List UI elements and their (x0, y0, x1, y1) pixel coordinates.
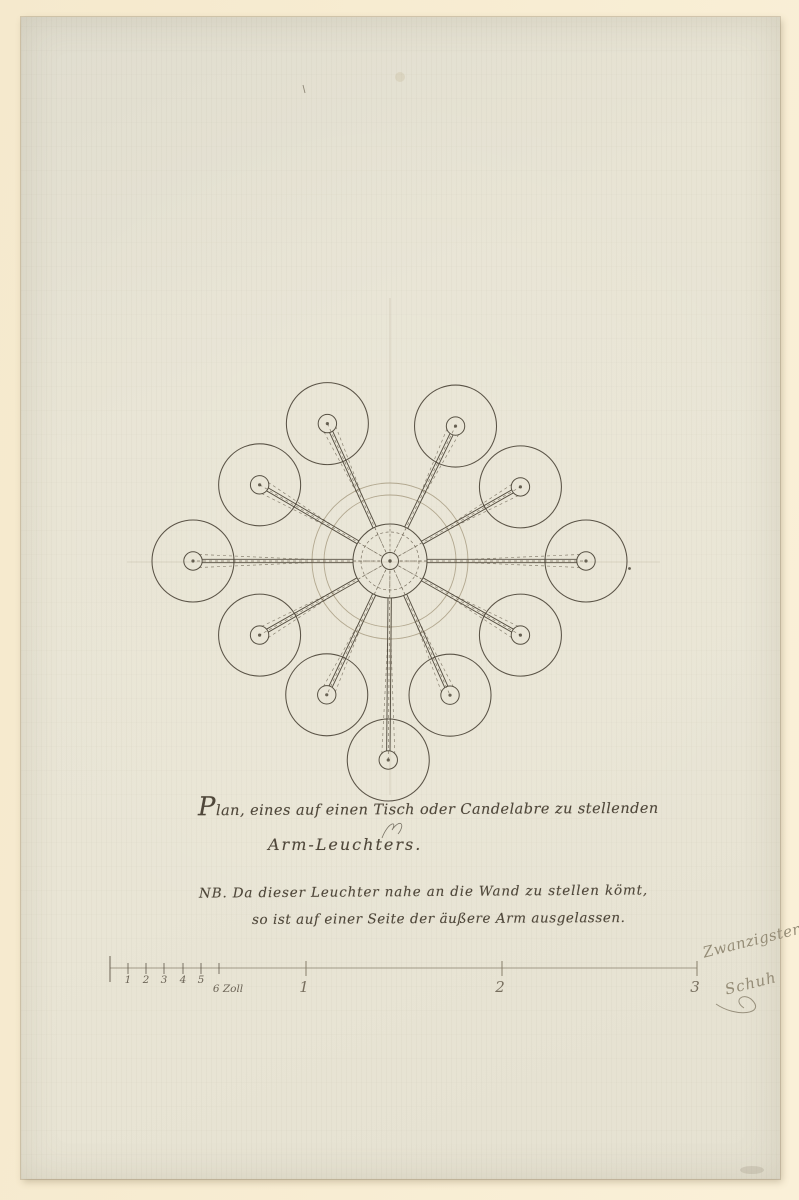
scale-bar: 123456 Zoll123 (110, 956, 700, 996)
svg-text:2: 2 (142, 974, 150, 986)
chandelier-plan-drawing: 123456 Zoll123 (0, 0, 799, 1200)
svg-text:4: 4 (179, 974, 187, 986)
svg-text:1: 1 (299, 978, 309, 996)
svg-text:6 Zoll: 6 Zoll (213, 983, 243, 995)
title-line-2: Arm-Leuchters. (268, 835, 422, 854)
nb-note-line-2: so ist auf einer Seite der äußere Arm au… (252, 910, 626, 928)
construction-lines (127, 298, 660, 795)
pencil-flourish (716, 997, 756, 1013)
museum-scan-background: 123456 Zoll123 Plan, eines auf einen Tis… (0, 0, 799, 1200)
title-line-1: Plan, eines auf einen Tisch oder Candela… (198, 800, 659, 819)
central-hub (353, 524, 427, 598)
svg-text:2: 2 (494, 978, 505, 996)
svg-text:1: 1 (125, 974, 132, 986)
svg-text:5: 5 (198, 974, 205, 986)
svg-text:3: 3 (161, 974, 168, 986)
nb-note-line-1: NB. Da dieser Leuchter nahe an die Wand … (199, 882, 648, 901)
paper-marks (303, 72, 764, 1174)
svg-text:3: 3 (690, 978, 700, 996)
